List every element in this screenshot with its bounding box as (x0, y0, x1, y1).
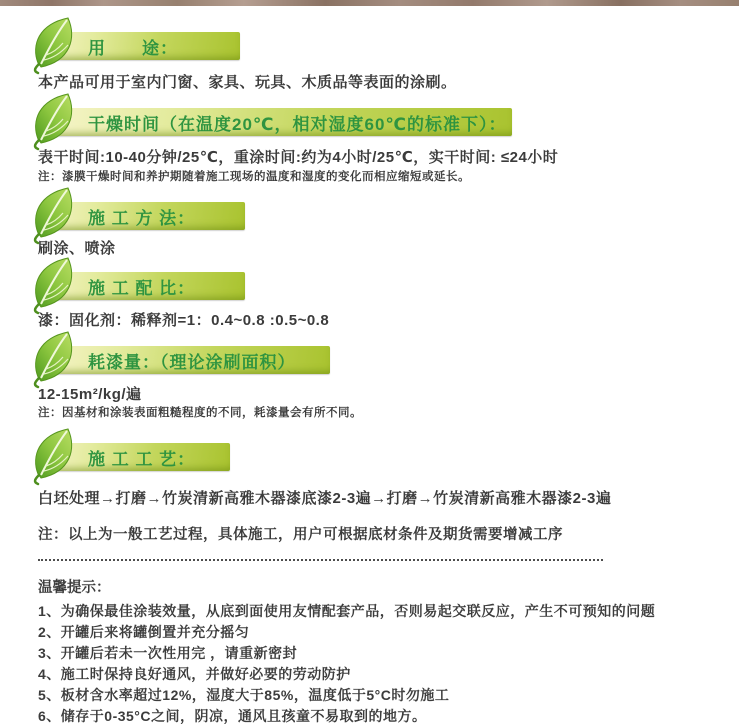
drying-time-text: 表干时间:10-40分钟/25℃，重涂时间:约为4小时/25℃，实干时间: ≤2… (38, 148, 739, 167)
tip-item: 5、板材含水率超过12%，湿度大于85%，温度低于5°C时勿施工 (38, 685, 739, 706)
tips-heading: 温馨提示： (38, 576, 739, 597)
section-consumption-banner: 耗漆量：（理论涂刷面积） (38, 346, 739, 374)
tip-item: 3、开罐后若未一次性用完 ，请重新密封 (38, 643, 739, 664)
process-note: 注：以上为一般工艺过程，具体施工，用户可根据底材条件及期货需要增减工序 (38, 526, 739, 544)
leaf-icon (28, 91, 82, 151)
tip-item: 2、开罐后来将罐倒置并充分摇匀 (38, 622, 739, 643)
top-border-strip (0, 0, 739, 6)
section-process-banner: 施 工 工 艺： (38, 443, 739, 471)
banner-title: 干燥时间（在温度20℃，相对湿度60℃的标准下）： (38, 110, 507, 135)
leaf-icon (28, 15, 82, 75)
consumption-text: 12-15m²/kg/遍 (38, 385, 739, 404)
section-ratio-banner: 施 工 配 比： (38, 272, 739, 300)
leaf-icon (28, 255, 82, 315)
section-usage-banner: 用 途： (38, 32, 739, 60)
process-text: 白坯处理→打磨→竹炭清新高雅木器漆底漆2-3遍→打磨→竹炭清新高雅木器漆2-3遍 (38, 489, 739, 508)
tips-list: 1、为确保最佳涂装效量，从底到面使用友情配套产品，否则易起交联反应，产生不可预知… (0, 601, 739, 724)
drying-time-note: 注：漆膜干燥时间和养护期随着施工现场的温度和湿度的变化而相应缩短或延长。 (38, 170, 739, 184)
banner-band: 干燥时间（在温度20℃，相对湿度60℃的标准下）： (38, 108, 512, 136)
tip-item: 6、储存于0-35°C之间，阴凉，通风且孩童不易取到的地方。 (38, 706, 739, 724)
tip-item: 4、施工时保持良好通风，并做好必要的劳动防护 (38, 664, 739, 685)
section-method-banner: 施 工 方 法： (38, 202, 739, 230)
consumption-note: 注：因基材和涂装表面粗糙程度的不同，耗漆量会有所不同。 (38, 406, 739, 420)
usage-text: 本产品可用于室内门窗、家具、玩具、木质品等表面的涂刷。 (38, 73, 739, 92)
ratio-text: 漆：固化剂：稀释剂=1：0.4~0.8 :0.5~0.8 (38, 311, 739, 330)
method-text: 刷涂、喷涂 (38, 239, 739, 258)
tip-item: 1、为确保最佳涂装效量，从底到面使用友情配套产品，否则易起交联反应，产生不可预知… (38, 601, 739, 622)
leaf-icon (28, 329, 82, 389)
leaf-icon (28, 185, 82, 245)
section-drying-banner: 干燥时间（在温度20℃，相对湿度60℃的标准下）： (38, 108, 739, 136)
leaf-icon (28, 426, 82, 486)
dotted-divider (38, 559, 603, 561)
